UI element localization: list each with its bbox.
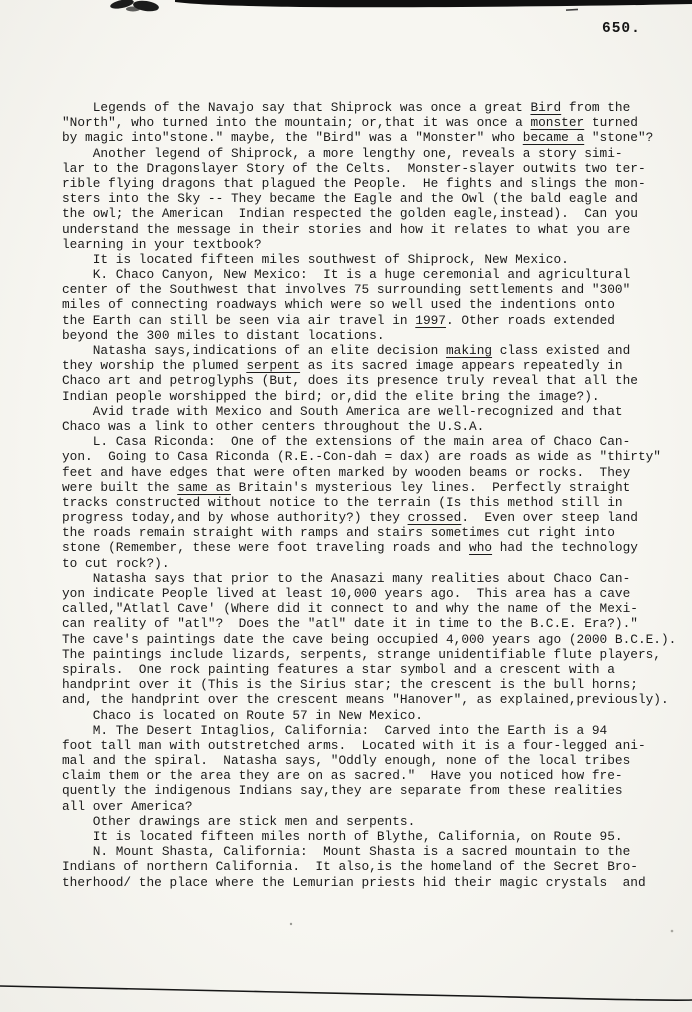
text-segment: were built the [62, 480, 177, 495]
paragraph: M. The Desert Intaglios, California: Car… [62, 723, 688, 814]
text-segment: learning in your textbook? [62, 237, 262, 252]
text-line: to cut rock?). [62, 556, 688, 571]
scanned-page: 650. Legends of the Navajo say that Ship… [0, 0, 692, 1012]
text-segment: foot tall man with outstretched arms. Lo… [62, 738, 646, 753]
text-line: Natasha says,indications of an elite dec… [62, 343, 688, 358]
paragraph: Chaco is located on Route 57 in New Mexi… [62, 708, 688, 723]
text-segment: K. Chaco Canyon, New Mexico: It is a hug… [62, 267, 630, 282]
text-segment: beyond the 300 miles to distant location… [62, 328, 385, 343]
text-segment: miles of connecting roadways which were … [62, 297, 615, 312]
text-segment: Chaco art and petroglyphs (But, does its… [62, 373, 638, 388]
text-segment: turned [584, 115, 638, 130]
text-segment: L. Casa Riconda: One of the extensions o… [62, 434, 630, 449]
text-line: were built the same as Britain's mysteri… [62, 480, 688, 495]
text-segment: by magic into"stone." maybe, the "Bird" … [62, 130, 523, 145]
text-segment: progress today,and by whose authority?) … [62, 510, 408, 525]
text-line: quently the indigenous Indians say,they … [62, 783, 688, 798]
text-segment: The cave's paintings date the cave being… [62, 632, 676, 647]
text-line: Another legend of Shiprock, a more lengt… [62, 146, 688, 161]
top-bar-tick-artifact [566, 9, 578, 11]
text-line: Chaco art and petroglyphs (But, does its… [62, 373, 688, 388]
text-segment: as its sacred image appears repeatedly i… [300, 358, 623, 373]
text-segment: Indians of northern California. It also,… [62, 859, 638, 874]
underlined-text: serpent [246, 358, 300, 373]
text-line: The cave's paintings date the cave being… [62, 632, 688, 647]
text-line: therhood/ the place where the Lemurian p… [62, 875, 688, 890]
speck-artifact [290, 923, 292, 925]
text-segment: The paintings include lizards, serpents,… [62, 647, 661, 662]
text-line: stone (Remember, these were foot traveli… [62, 540, 688, 555]
text-segment: tracks constructed without notice to the… [62, 495, 623, 510]
text-segment: Britain's mysterious ley lines. Perfectl… [231, 480, 630, 495]
text-segment: Natasha says,indications of an elite dec… [62, 343, 446, 358]
text-line: can reality of "atl"? Does the "atl" dat… [62, 616, 688, 631]
text-line: handprint over it (This is the Sirius st… [62, 677, 688, 692]
paragraph: Natasha says,indications of an elite dec… [62, 343, 688, 404]
text-line: the roads remain straight with ramps and… [62, 525, 688, 540]
text-line: K. Chaco Canyon, New Mexico: It is a hug… [62, 267, 688, 282]
text-segment: Chaco is located on Route 57 in New Mexi… [62, 708, 423, 723]
text-segment: Avid trade with Mexico and South America… [62, 404, 623, 419]
text-segment: rible flying dragons that plagued the Pe… [62, 176, 646, 191]
top-scan-bar-artifact [175, 0, 692, 7]
text-line: Indians of northern California. It also,… [62, 859, 688, 874]
text-line: by magic into"stone." maybe, the "Bird" … [62, 130, 688, 145]
text-segment: Other drawings are stick men and serpent… [62, 814, 415, 829]
text-line: mal and the spiral. Natasha says, "Oddly… [62, 753, 688, 768]
text-line: understand the message in their stories … [62, 222, 688, 237]
text-line: Natasha says that prior to the Anasazi m… [62, 571, 688, 586]
text-line: spirals. One rock painting features a st… [62, 662, 688, 677]
text-line: tracks constructed without notice to the… [62, 495, 688, 510]
text-segment: all over America? [62, 799, 193, 814]
text-segment: It is located fifteen miles southwest of… [62, 252, 569, 267]
text-segment: understand the message in their stories … [62, 222, 630, 237]
text-line: called,"Atlatl Cave' (Where did it conne… [62, 601, 688, 616]
text-line: sters into the Sky -- They became the Ea… [62, 191, 688, 206]
text-segment: Chaco was a link to other centers throug… [62, 419, 484, 434]
page-number: 650. [602, 21, 641, 37]
text-segment: from the [561, 100, 630, 115]
underlined-text: who [469, 540, 492, 555]
underlined-text: same as [177, 480, 231, 495]
text-line: Chaco was a link to other centers throug… [62, 419, 688, 434]
text-line: M. The Desert Intaglios, California: Car… [62, 723, 688, 738]
text-segment: M. The Desert Intaglios, California: Car… [62, 723, 607, 738]
text-segment: "North", who turned into the mountain; o… [62, 115, 530, 130]
underlined-text: making [446, 343, 492, 358]
text-segment: sters into the Sky -- They became the Ea… [62, 191, 638, 206]
text-segment: quently the indigenous Indians say,they … [62, 783, 623, 798]
underlined-text: monster [530, 115, 584, 130]
text-segment: Legends of the Navajo say that Shiprock … [62, 100, 530, 115]
text-segment: they worship the plumed [62, 358, 246, 373]
text-line: progress today,and by whose authority?) … [62, 510, 688, 525]
text-segment: called,"Atlatl Cave' (Where did it conne… [62, 601, 638, 616]
text-segment: stone (Remember, these were foot traveli… [62, 540, 469, 555]
text-line: Legends of the Navajo say that Shiprock … [62, 100, 688, 115]
paragraph: N. Mount Shasta, California: Mount Shast… [62, 844, 688, 890]
text-segment: the owl; the American Indian respected t… [62, 206, 638, 221]
text-line: Chaco is located on Route 57 in New Mexi… [62, 708, 688, 723]
text-segment: . Other roads extended [446, 313, 615, 328]
paragraph: K. Chaco Canyon, New Mexico: It is a hug… [62, 267, 688, 343]
speck-artifact [671, 930, 674, 933]
top-left-smudge-artifact [109, 0, 159, 13]
text-segment: yon indicate People lived at least 10,00… [62, 586, 630, 601]
text-line: L. Casa Riconda: One of the extensions o… [62, 434, 688, 449]
text-segment: handprint over it (This is the Sirius st… [62, 677, 638, 692]
text-segment: therhood/ the place where the Lemurian p… [62, 875, 646, 890]
underlined-text: Bird [530, 100, 561, 115]
bottom-scan-line-artifact [0, 986, 692, 1000]
text-line: Other drawings are stick men and serpent… [62, 814, 688, 829]
text-segment: . Even over steep land [461, 510, 638, 525]
text-line: It is located fifteen miles north of Bly… [62, 829, 688, 844]
paragraph: Avid trade with Mexico and South America… [62, 404, 688, 434]
text-segment: can reality of "atl"? Does the "atl" dat… [62, 616, 638, 631]
text-line: "North", who turned into the mountain; o… [62, 115, 688, 130]
text-line: rible flying dragons that plagued the Pe… [62, 176, 688, 191]
text-line: the Earth can still be seen via air trav… [62, 313, 688, 328]
text-segment: class existed and [492, 343, 630, 358]
paragraph: Other drawings are stick men and serpent… [62, 814, 688, 829]
text-line: N. Mount Shasta, California: Mount Shast… [62, 844, 688, 859]
text-segment: "stone"? [584, 130, 653, 145]
text-line: and, the handprint over the crescent mea… [62, 692, 688, 707]
text-segment: spirals. One rock painting features a st… [62, 662, 615, 677]
text-line: all over America? [62, 799, 688, 814]
text-line: foot tall man with outstretched arms. Lo… [62, 738, 688, 753]
document-body: Legends of the Navajo say that Shiprock … [62, 100, 688, 890]
text-line: Indian people worshipped the bird; or,di… [62, 389, 688, 404]
text-line: lar to the Dragonslayer Story of the Cel… [62, 161, 688, 176]
paragraph: It is located fifteen miles southwest of… [62, 252, 688, 267]
underlined-text: 1997 [415, 313, 446, 328]
underlined-text: crossed [408, 510, 462, 525]
text-line: It is located fifteen miles southwest of… [62, 252, 688, 267]
text-segment: Another legend of Shiprock, a more lengt… [62, 146, 623, 161]
paragraph: Natasha says that prior to the Anasazi m… [62, 571, 688, 708]
text-line: The paintings include lizards, serpents,… [62, 647, 688, 662]
text-segment: yon. Going to Casa Riconda (R.E.-Con-dah… [62, 449, 661, 464]
text-segment: Natasha says that prior to the Anasazi m… [62, 571, 630, 586]
text-segment: and, the handprint over the crescent mea… [62, 692, 669, 707]
text-line: miles of connecting roadways which were … [62, 297, 688, 312]
text-line: feet and have edges that were often mark… [62, 465, 688, 480]
text-line: they worship the plumed serpent as its s… [62, 358, 688, 373]
text-line: Avid trade with Mexico and South America… [62, 404, 688, 419]
text-segment: lar to the Dragonslayer Story of the Cel… [62, 161, 646, 176]
text-line: the owl; the American Indian respected t… [62, 206, 688, 221]
text-line: claim them or the area they are on as sa… [62, 768, 688, 783]
text-segment: It is located fifteen miles north of Bly… [62, 829, 623, 844]
text-segment: claim them or the area they are on as sa… [62, 768, 623, 783]
underlined-text: became a [523, 130, 584, 145]
paragraph: L. Casa Riconda: One of the extensions o… [62, 434, 688, 571]
paragraph: Legends of the Navajo say that Shiprock … [62, 100, 688, 146]
text-line: beyond the 300 miles to distant location… [62, 328, 688, 343]
text-segment: mal and the spiral. Natasha says, "Oddly… [62, 753, 630, 768]
text-line: yon. Going to Casa Riconda (R.E.-Con-dah… [62, 449, 688, 464]
text-segment: had the technology [492, 540, 638, 555]
text-line: center of the Southwest that involves 75… [62, 282, 688, 297]
paragraph: Another legend of Shiprock, a more lengt… [62, 146, 688, 252]
text-segment: to cut rock?). [62, 556, 170, 571]
paragraph: It is located fifteen miles north of Bly… [62, 829, 688, 844]
text-segment: N. Mount Shasta, California: Mount Shast… [62, 844, 630, 859]
text-segment: the Earth can still be seen via air trav… [62, 313, 415, 328]
text-segment: center of the Southwest that involves 75… [62, 282, 630, 297]
text-segment: the roads remain straight with ramps and… [62, 525, 615, 540]
text-line: learning in your textbook? [62, 237, 688, 252]
text-segment: Indian people worshipped the bird; or,di… [62, 389, 600, 404]
text-line: yon indicate People lived at least 10,00… [62, 586, 688, 601]
text-segment: feet and have edges that were often mark… [62, 465, 630, 480]
